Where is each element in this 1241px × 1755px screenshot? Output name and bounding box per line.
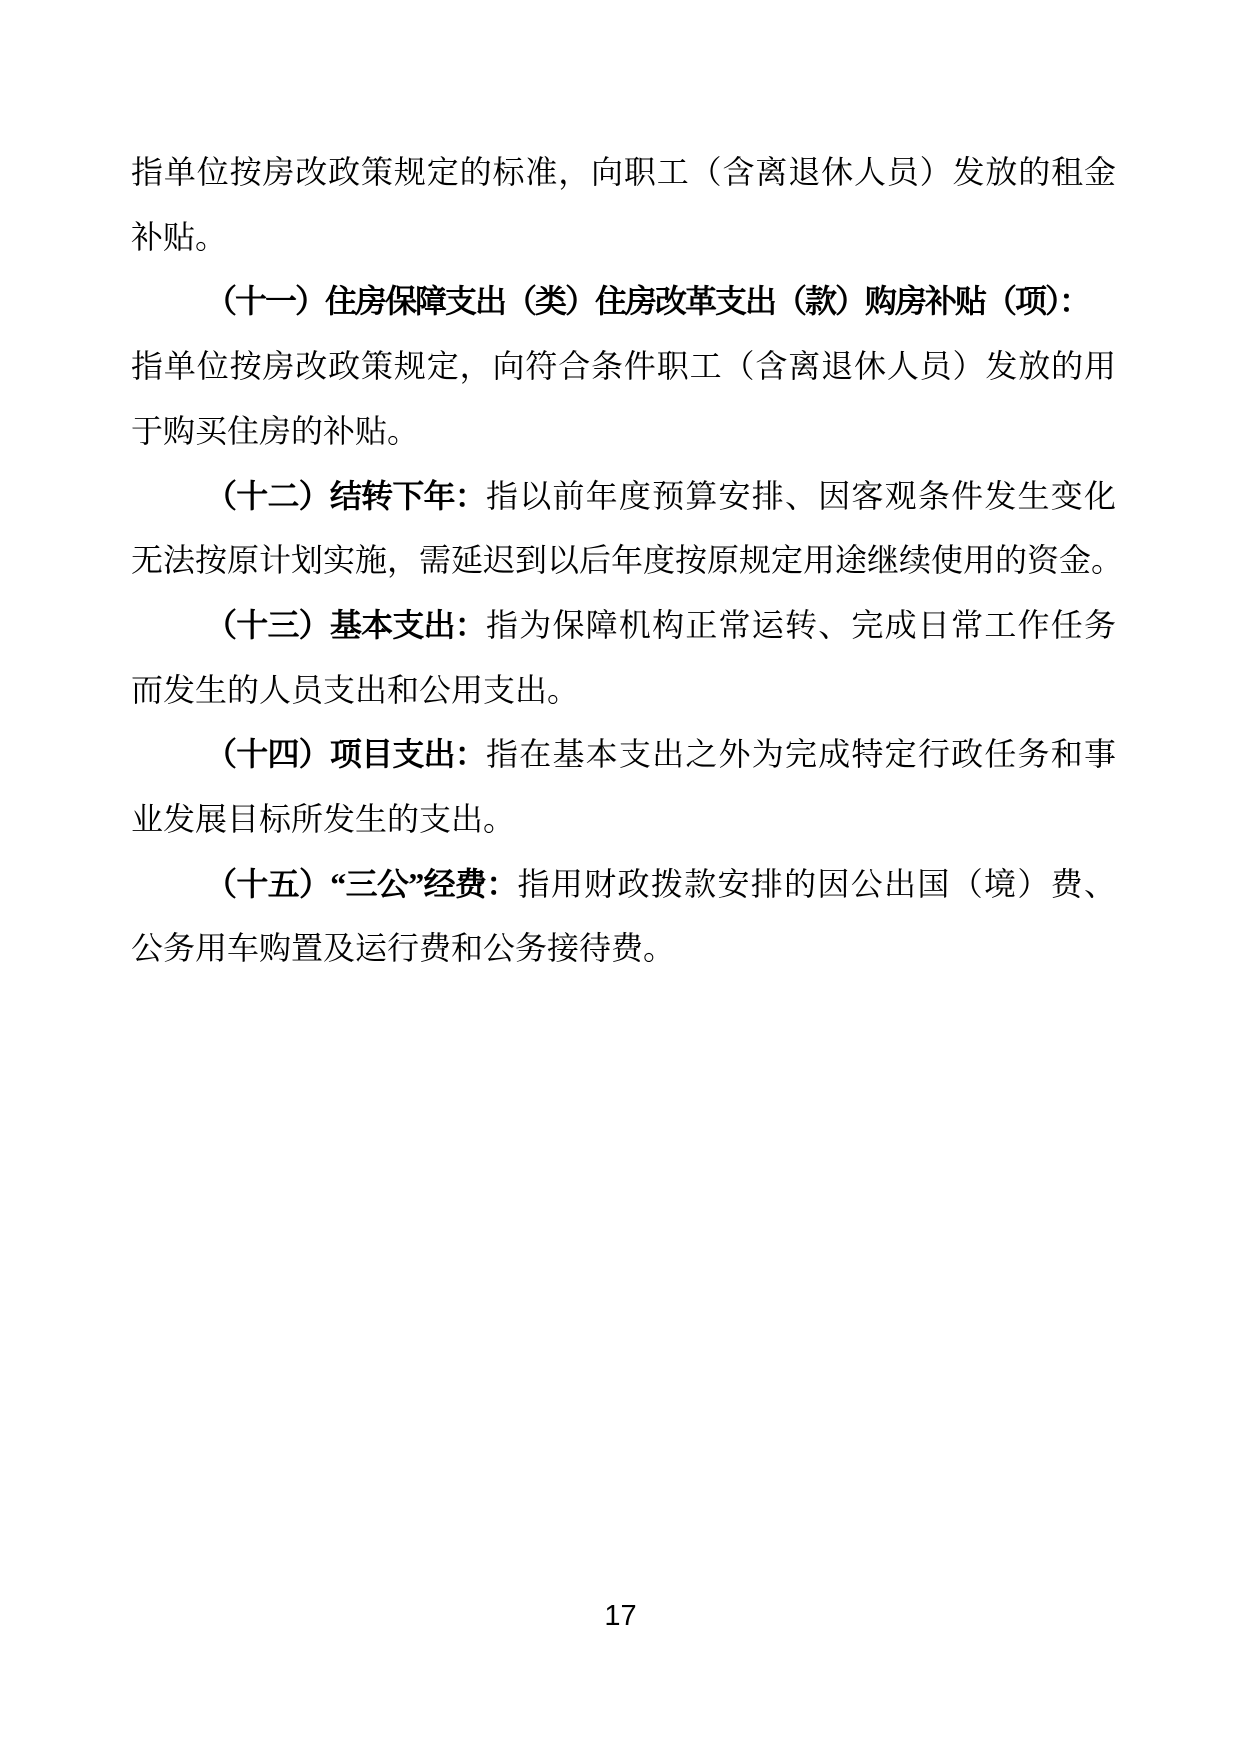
line-text: 于购买住房的补贴。 (131, 413, 419, 449)
page-number: 17 (0, 1599, 1241, 1633)
term-label: （十二）结转下年： (205, 478, 486, 514)
text-line: 补贴。 (131, 205, 1116, 270)
line-text: 补贴。 (131, 219, 227, 255)
text-line: （十一）住房保障支出（类）住房改革支出（款）购房补贴（项）： (131, 269, 1116, 334)
document-body: 指单位按房改政策规定的标准，向职工（含离退休人员）发放的租金 补贴。 （十一）住… (131, 140, 1116, 981)
line-text: 指在基本支出之外为完成特定行政任务和事 (486, 736, 1116, 772)
document-page: 指单位按房改政策规定的标准，向职工（含离退休人员）发放的租金 补贴。 （十一）住… (0, 0, 1241, 1755)
text-line: （十二）结转下年：指以前年度预算安排、因客观条件发生变化 (131, 464, 1116, 529)
text-line: 无法按原计划实施，需延迟到以后年度按原规定用途继续使用的资金。 (131, 528, 1116, 593)
text-line: 业发展目标所发生的支出。 (131, 787, 1116, 852)
text-line: 指单位按房改政策规定，向符合条件职工（含离退休人员）发放的用 (131, 334, 1116, 399)
term-label: （十一）住房保障支出（类）住房改革支出（款）购房补贴（项）： (205, 283, 1089, 319)
line-text: 指用财政拨款安排的因公出国（境）费、 (518, 866, 1116, 902)
line-text: 指为保障机构正常运转、完成日常工作任务 (486, 607, 1116, 643)
line-text: 业发展目标所发生的支出。 (131, 801, 515, 837)
line-text: 而发生的人员支出和公用支出。 (131, 672, 579, 708)
text-line: （十三）基本支出：指为保障机构正常运转、完成日常工作任务 (131, 593, 1116, 658)
text-line: 于购买住房的补贴。 (131, 399, 1116, 464)
line-text: 指以前年度预算安排、因客观条件发生变化 (486, 478, 1116, 514)
line-text: 指单位按房改政策规定的标准，向职工（含离退休人员）发放的租金 (131, 154, 1116, 190)
term-label: （十五）“三公”经费： (205, 866, 518, 902)
line-text: 无法按原计划实施，需延迟到以后年度按原规定用途继续使用的资金。 (131, 542, 1123, 578)
text-line: 而发生的人员支出和公用支出。 (131, 658, 1116, 723)
text-line: （十五）“三公”经费：指用财政拨款安排的因公出国（境）费、 (131, 852, 1116, 917)
term-label: （十三）基本支出： (205, 607, 486, 643)
line-text: 指单位按房改政策规定，向符合条件职工（含离退休人员）发放的用 (131, 348, 1116, 384)
term-label: （十四）项目支出： (205, 736, 486, 772)
line-text: 公务用车购置及运行费和公务接待费。 (131, 930, 675, 966)
text-line: （十四）项目支出：指在基本支出之外为完成特定行政任务和事 (131, 722, 1116, 787)
text-line: 公务用车购置及运行费和公务接待费。 (131, 916, 1116, 981)
text-line: 指单位按房改政策规定的标准，向职工（含离退休人员）发放的租金 (131, 140, 1116, 205)
